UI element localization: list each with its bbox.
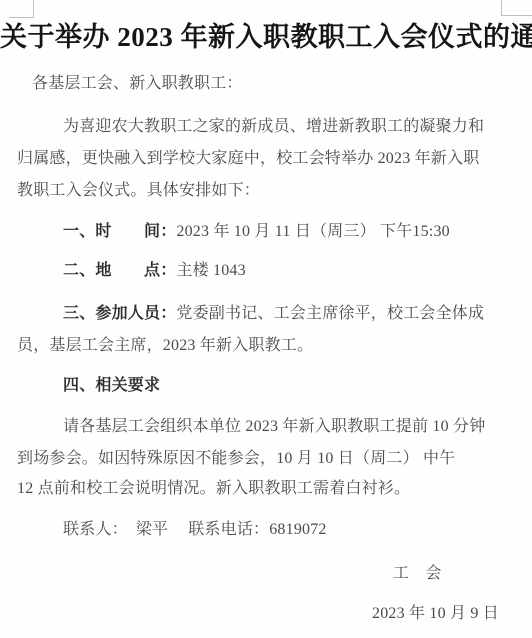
para1-line2: 归属感，更快融入到学校大家庭中，校工会特举办 2023 年新入职 <box>17 148 479 170</box>
section-participants-value: 党委副书记、工会主席徐平，校工会全体成 <box>176 305 484 322</box>
contact-label: 联系人： <box>63 521 128 538</box>
section-time-label: 一、时 间： <box>63 223 176 240</box>
para1-line1: 为喜迎农大教职工之家的新成员、增进新教职工的凝聚力和 <box>63 116 484 138</box>
section-place: 二、地 点：主楼 1043 <box>63 260 246 282</box>
contact-phone-number: 6819072 <box>269 521 326 538</box>
para1-line3: 教职工入会仪式。具体安排如下： <box>17 180 260 202</box>
section-participants-label: 三、参加人员： <box>63 305 176 322</box>
section-place-value: 主楼 1043 <box>176 262 245 279</box>
para2-line2: 到场参会。如因特殊原因不能参会，10 月 10 日（周二） 中午 <box>17 448 455 470</box>
section-participants: 三、参加人员：党委副书记、工会主席徐平，校工会全体成 <box>63 303 484 325</box>
notice-title: 关于举办 2023 年新入职教职工入会仪式的通知 <box>0 15 532 54</box>
section-participants-line2: 员，基层工会主席，2023 年新入职教工。 <box>17 335 313 357</box>
section-time-value: 2023 年 10 月 11 日（周三） 下午15:30 <box>176 223 449 240</box>
salutation: 各基层工会、新入职教职工： <box>32 73 243 95</box>
signature-date: 2023 年 10 月 9 日 <box>372 603 499 625</box>
section-time: 一、时 间：2023 年 10 月 11 日（周三） 下午15:30 <box>63 221 450 243</box>
contact-phone-label: 联系电话： <box>188 521 269 538</box>
section-requirements: 四、相关要求 <box>63 375 160 397</box>
section-place-label: 二、地 点： <box>63 262 176 279</box>
contact-line: 联系人：梁平联系电话：6819072 <box>63 519 327 541</box>
signature: 工 会 <box>393 563 442 585</box>
contact-name: 梁平 <box>136 521 168 538</box>
section-requirements-label: 四、相关要求 <box>63 377 160 394</box>
document-page: 关于举办 2023 年新入职教职工入会仪式的通知 各基层工会、新入职教职工： 为… <box>0 0 532 638</box>
para2-line1: 请各基层工会组织本单位 2023 年新入职教职工提前 10 分钟 <box>63 416 485 438</box>
crop-mark-top-right-vertical <box>501 0 502 15</box>
para2-line3: 12 点前和校工会说明情况。新入职教职工需着白衬衫。 <box>17 478 410 500</box>
